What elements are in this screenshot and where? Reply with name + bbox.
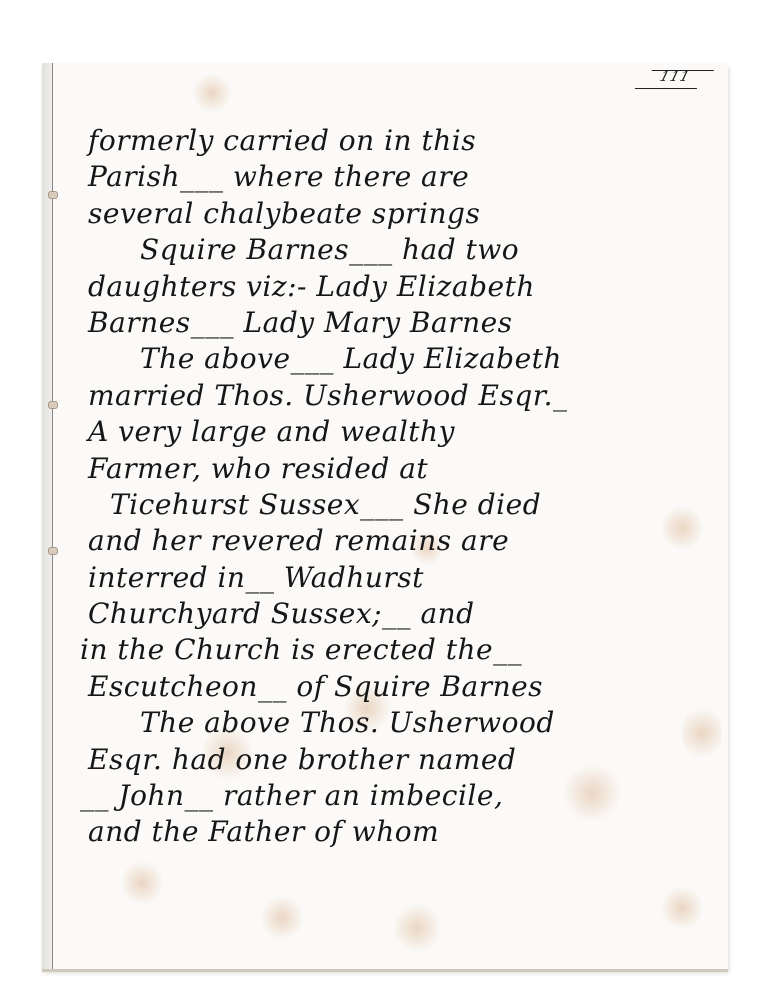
text-line: Farmer, who resided at xyxy=(88,451,728,487)
binding-stitch xyxy=(48,547,58,555)
foxing-stain xyxy=(662,883,702,933)
text-line: Esqr. had one brother named xyxy=(88,742,728,778)
foxing-stain xyxy=(192,73,232,113)
handwritten-text: formerly carried on in this Parish___ wh… xyxy=(88,123,728,851)
text-line: several chalybeate springs xyxy=(88,196,728,232)
text-line: A very large and wealthy xyxy=(88,414,728,450)
foxing-stain xyxy=(262,893,302,943)
text-line: The above Thos. Usherwood xyxy=(88,705,728,741)
text-line: __ John__ rather an imbecile, xyxy=(80,778,728,814)
binding-stitch xyxy=(48,191,58,199)
text-line: formerly carried on in this xyxy=(88,123,728,159)
text-line: in the Church is erected the__ xyxy=(80,632,728,668)
text-line: Parish___ where there are xyxy=(88,159,728,195)
foxing-stain xyxy=(392,903,442,953)
manuscript-page: 111 formerly carried on in this Parish__… xyxy=(42,63,728,969)
text-line: The above___ Lady Elizabeth xyxy=(88,341,728,377)
page-number: 111 xyxy=(642,69,708,85)
text-line: married Thos. Usherwood Esqr._ xyxy=(88,378,728,414)
scanned-document: 111 formerly carried on in this Parish__… xyxy=(0,0,768,994)
text-line: and her revered remains are xyxy=(88,523,728,559)
text-line: Squire Barnes___ had two xyxy=(88,232,728,268)
binding-stitch xyxy=(48,401,58,409)
text-line: Escutcheon__ of Squire Barnes xyxy=(88,669,728,705)
text-line: interred in__ Wadhurst xyxy=(88,560,728,596)
text-line: Ticehurst Sussex___ She died xyxy=(88,487,728,523)
foxing-stain xyxy=(122,858,162,908)
text-line: daughters viz:- Lady Elizabeth xyxy=(88,269,728,305)
text-line: Barnes___ Lady Mary Barnes xyxy=(88,305,728,341)
text-line: and the Father of whom xyxy=(88,814,728,850)
text-line: Churchyard Sussex;__ and xyxy=(88,596,728,632)
